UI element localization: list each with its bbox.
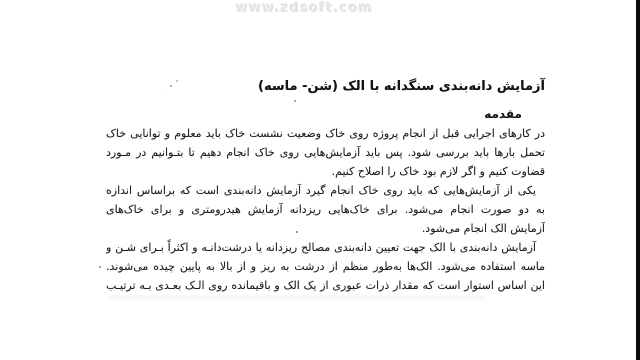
paragraph-2: یکی از آزمایش‌هایی که باید روی خاک انجام… bbox=[106, 181, 545, 238]
text-line: آزمایش الک انجام می‌شود. bbox=[106, 219, 545, 238]
text-line: تحمل بارها باید بررسی شود. پس باید آزمای… bbox=[106, 143, 545, 162]
text-line: قضاوت کنیم و اگر لازم بود خاک را اصلاح ک… bbox=[106, 162, 545, 181]
scan-speck bbox=[170, 85, 172, 87]
scan-speck bbox=[99, 266, 101, 268]
watermark: www.zdsoft.com bbox=[236, 1, 373, 16]
document-body: در کارهای اجرایی قبل از انجام پروژه روی … bbox=[106, 124, 545, 295]
section-heading: مقدمه bbox=[484, 107, 522, 121]
text-line: یکی از آزمایش‌هایی که باید روی خاک انجام… bbox=[106, 181, 545, 200]
scan-artifact bbox=[110, 296, 485, 299]
text-line: به دو صورت انجام می‌شود. برای خاک‌هایی ر… bbox=[106, 200, 545, 219]
text-line: این اساس استوار است که مقدار ذرات عبوری … bbox=[106, 276, 545, 295]
video-frame: www.zdsoft.com آزمایش دانه‌بندی سنگدانه … bbox=[0, 0, 640, 360]
scan-speck bbox=[296, 231, 298, 233]
text-line: آزمایش دانه‌بندی با الک جهت تعیین دانه‌ب… bbox=[106, 238, 545, 257]
scan-speck bbox=[294, 100, 296, 102]
text-line: در کارهای اجرایی قبل از انجام پروژه روی … bbox=[106, 124, 545, 143]
paragraph-3: آزمایش دانه‌بندی با الک جهت تعیین دانه‌ب… bbox=[106, 238, 545, 295]
scan-speck bbox=[162, 91, 163, 92]
paragraph-1: در کارهای اجرایی قبل از انجام پروژه روی … bbox=[106, 124, 545, 181]
scan-speck bbox=[176, 80, 178, 82]
scan-edge-bar bbox=[636, 0, 640, 360]
text-line: ماسه استفاده می‌شود. الک‌ها به‌طور منظم … bbox=[106, 257, 545, 276]
